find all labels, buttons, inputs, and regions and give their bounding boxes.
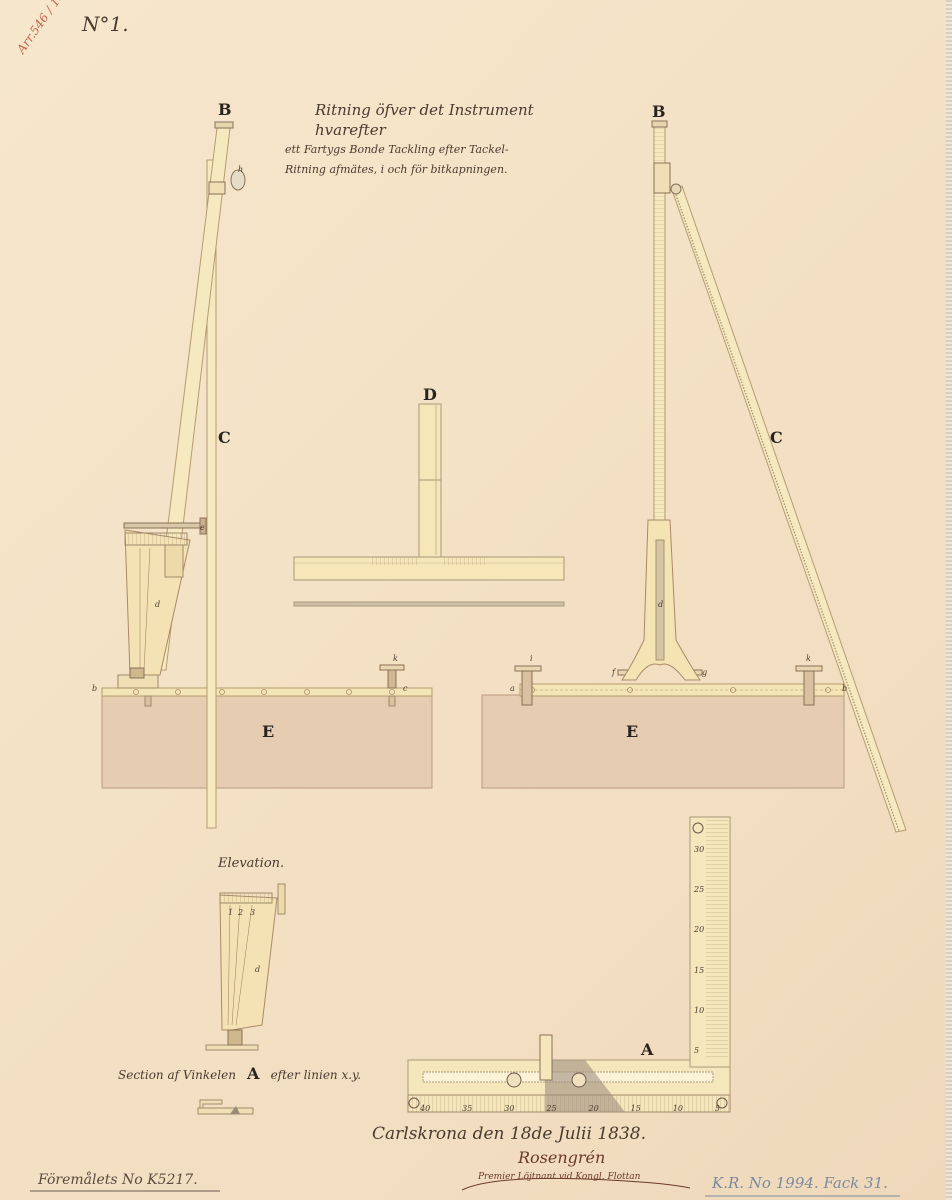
label-c-right: C xyxy=(770,428,783,447)
part-letter-a: a xyxy=(510,684,515,693)
caption-elevation: Elevation. xyxy=(218,856,284,871)
part-letter-e: e xyxy=(200,523,205,532)
technical-drawing xyxy=(0,0,952,1200)
scale-tick: 15 xyxy=(694,966,704,975)
part-letter-h: h xyxy=(238,165,243,174)
signature-name: Rosengrén xyxy=(518,1148,605,1167)
plan-scale-numbers: 40 35 30 25 20 15 10 5 xyxy=(420,1104,720,1113)
scale-tick: 30 xyxy=(694,845,704,854)
caption-section-suffix: efter linien x.y. xyxy=(271,1068,362,1082)
elevation-number-2: 2 xyxy=(238,908,243,917)
part-letter-d-elevation: d xyxy=(255,965,260,974)
label-a-section: A xyxy=(247,1064,259,1083)
signature-title: Premier Löjtnant vid Kongl. Flottan xyxy=(478,1172,640,1182)
part-letter-b-right: b xyxy=(842,684,847,693)
scale-tick: 20 xyxy=(694,925,704,934)
scale-tick: 40 xyxy=(420,1104,430,1113)
scale-tick: 15 xyxy=(631,1104,641,1113)
vertical-scale-numbers: 30 25 20 15 10 5 xyxy=(694,845,704,1055)
label-d: D xyxy=(423,385,437,404)
wood-block-e-left xyxy=(102,695,432,788)
part-letter-c-left: c xyxy=(403,684,407,693)
wood-block-e-right xyxy=(482,695,844,788)
scale-tick: 25 xyxy=(546,1104,556,1113)
caption-section: Section af Vinkelen A efter linien x.y. xyxy=(118,1064,361,1083)
scale-tick: 35 xyxy=(462,1104,472,1113)
label-a-plan: A xyxy=(641,1040,653,1059)
scale-tick: 25 xyxy=(694,885,704,894)
part-letter-k-right: k xyxy=(806,654,811,663)
place-date: Carlskrona den 18de Julii 1838. xyxy=(372,1124,646,1144)
label-c-left: C xyxy=(218,428,231,447)
part-letter-b-left: b xyxy=(92,684,97,693)
label-b-right: B xyxy=(652,102,666,121)
label-e-right: E xyxy=(626,722,638,741)
part-letter-d-left: d xyxy=(155,600,160,609)
caption-section-text: Section af Vinkelen xyxy=(118,1068,236,1082)
scale-tick: 5 xyxy=(694,1046,704,1055)
part-letter-d-right: d xyxy=(658,600,663,609)
part-letter-k-left: k xyxy=(393,654,398,663)
scale-tick: 10 xyxy=(694,1006,704,1015)
archive-reference: K.R. No 1994. Fack 31. xyxy=(712,1174,888,1192)
museum-number: Föremålets No K5217. xyxy=(38,1172,198,1188)
elevation-number-3: 3 xyxy=(250,908,255,917)
scale-tick: 20 xyxy=(589,1104,599,1113)
label-e-left: E xyxy=(262,722,274,741)
part-letter-i: i xyxy=(530,654,533,663)
part-letter-g: g xyxy=(702,668,707,677)
part-letter-f: f xyxy=(612,668,615,677)
scale-tick: 30 xyxy=(504,1104,514,1113)
elevation-number-1: 1 xyxy=(228,908,233,917)
scale-tick: 5 xyxy=(715,1104,720,1113)
label-b-left: B xyxy=(218,100,232,119)
scale-tick: 10 xyxy=(673,1104,683,1113)
